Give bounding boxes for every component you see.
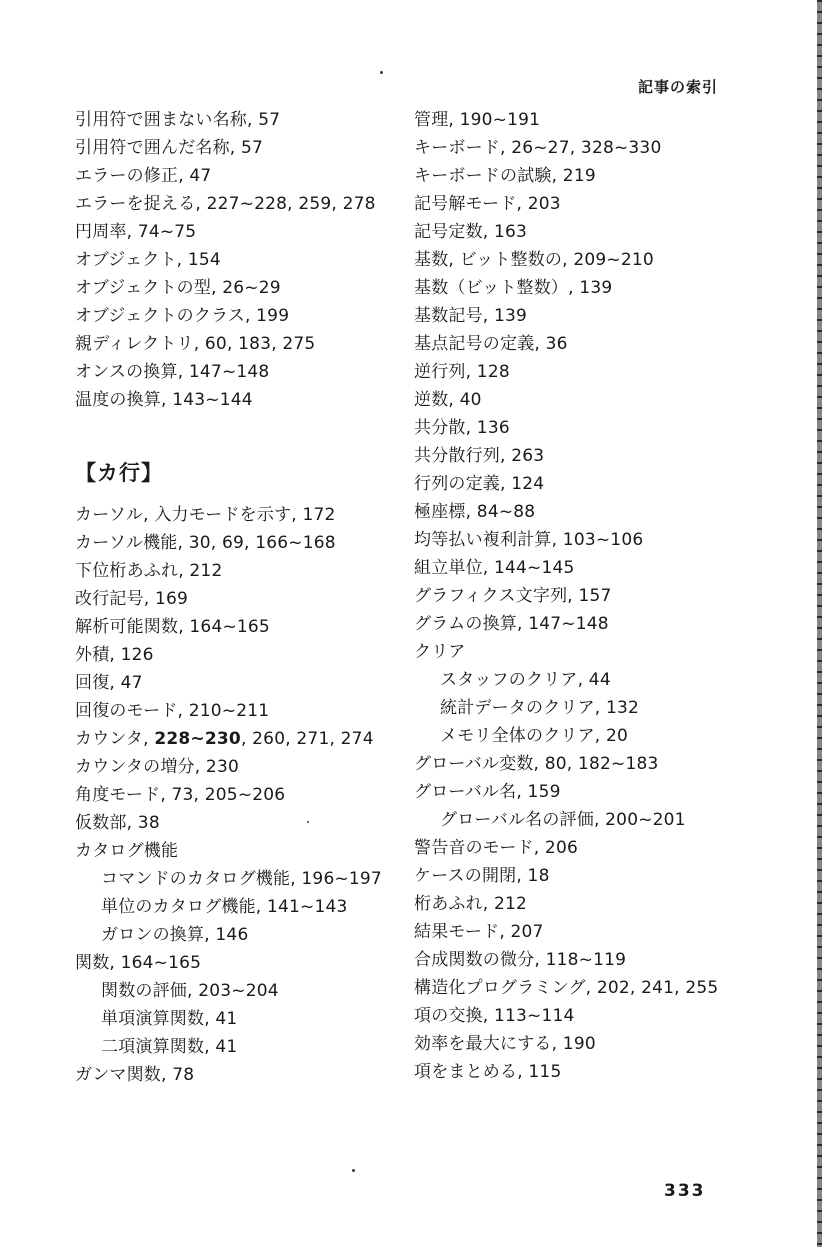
index-entry: 管理, 190~191: [414, 106, 814, 134]
index-entry: 関数, 164~165: [75, 949, 407, 977]
index-entry: 解析可能関数, 164~165: [75, 613, 407, 641]
index-entry: 共分散行列, 263: [414, 442, 814, 470]
index-entry: 角度モード, 73, 205~206: [75, 781, 407, 809]
index-entry: 引用符で囲んだ名称, 57: [75, 134, 407, 162]
index-column-right: 管理, 190~191キーボード, 26~27, 328~330キーボードの試験…: [414, 106, 814, 1086]
index-entry: 行列の定義, 124: [414, 470, 814, 498]
index-entry: キーボード, 26~27, 328~330: [414, 134, 814, 162]
index-entry: 回復, 47: [75, 669, 407, 697]
index-entry: 記号解モード, 203: [414, 190, 814, 218]
index-subentry: コマンドのカタログ機能, 196~197: [75, 865, 407, 893]
book-index-page: 記事の索引 引用符で囲まない名称, 57引用符で囲んだ名称, 57エラーの修正,…: [0, 0, 822, 1247]
index-entry: エラーを捉える, 227~228, 259, 278: [75, 190, 407, 218]
index-entry: オンスの換算, 147~148: [75, 358, 407, 386]
index-column-left: 引用符で囲まない名称, 57引用符で囲んだ名称, 57エラーの修正, 47エラー…: [75, 106, 407, 1089]
index-entry: グラムの換算, 147~148: [414, 610, 814, 638]
running-head: 記事の索引: [638, 76, 718, 97]
page-number: 333: [664, 1181, 706, 1201]
index-entry: 親ディレクトリ, 60, 183, 275: [75, 330, 407, 358]
index-subentry: メモリ全体のクリア, 20: [414, 722, 814, 750]
index-entry-text: カウンタ,: [75, 729, 154, 749]
scanner-edge-artifact: [817, 0, 822, 1247]
index-entry: 逆行列, 128: [414, 358, 814, 386]
index-entry: エラーの修正, 47: [75, 162, 407, 190]
index-entry: グラフィクス文字列, 157: [414, 582, 814, 610]
index-entry: 円周率, 74~75: [75, 218, 407, 246]
index-entry: 均等払い複利計算, 103~106: [414, 526, 814, 554]
index-subentry: 統計データのクリア, 132: [414, 694, 814, 722]
index-entry: 引用符で囲まない名称, 57: [75, 106, 407, 134]
index-subentry: 関数の評価, 203~204: [75, 977, 407, 1005]
index-subentry: 単項演算関数, 41: [75, 1005, 407, 1033]
index-entry: 警告音のモード, 206: [414, 834, 814, 862]
index-subentry: 単位のカタログ機能, 141~143: [75, 893, 407, 921]
index-entry-text: , 260, 271, 274: [241, 729, 374, 749]
index-entry: 温度の換算, 143~144: [75, 386, 407, 414]
index-entry: 改行記号, 169: [75, 585, 407, 613]
index-entry: 仮数部, 38: [75, 809, 407, 837]
index-entry: 記号定数, 163: [414, 218, 814, 246]
index-entry: 合成関数の微分, 118~119: [414, 946, 814, 974]
section-heading: 【カ行】: [75, 458, 407, 488]
index-entry-bold-pages: 228~230: [154, 729, 241, 749]
index-entry: 基数記号, 139: [414, 302, 814, 330]
index-entry: 極座標, 84~88: [414, 498, 814, 526]
index-entry: カタログ機能: [75, 837, 407, 865]
index-entry: 下位桁あふれ, 212: [75, 557, 407, 585]
index-entry: 共分散, 136: [414, 414, 814, 442]
index-entry: 基点記号の定義, 36: [414, 330, 814, 358]
index-entry: カウンタの増分, 230: [75, 753, 407, 781]
index-entry: キーボードの試験, 219: [414, 162, 814, 190]
scan-speck: [380, 71, 383, 74]
index-entry: 項の交換, 113~114: [414, 1002, 814, 1030]
index-entry: ケースの開閉, 18: [414, 862, 814, 890]
index-entry: 桁あふれ, 212: [414, 890, 814, 918]
index-entry: 構造化プログラミング, 202, 241, 255: [414, 974, 814, 1002]
index-entry: 基数, ビット整数の, 209~210: [414, 246, 814, 274]
index-entry: 組立単位, 144~145: [414, 554, 814, 582]
index-entry: クリア: [414, 638, 814, 666]
index-entry: グローバル変数, 80, 182~183: [414, 750, 814, 778]
index-entry: グローバル名, 159: [414, 778, 814, 806]
index-entry: オブジェクトの型, 26~29: [75, 274, 407, 302]
index-subentry: ガロンの換算, 146: [75, 921, 407, 949]
index-entry: オブジェクト, 154: [75, 246, 407, 274]
scan-speck: [352, 1169, 355, 1172]
index-subentry: 二項演算関数, 41: [75, 1033, 407, 1061]
index-entry: 基数（ビット整数）, 139: [414, 274, 814, 302]
index-entry: 回復のモード, 210~211: [75, 697, 407, 725]
index-entry: 効率を最大にする, 190: [414, 1030, 814, 1058]
index-entry: ガンマ関数, 78: [75, 1061, 407, 1089]
index-entry: オブジェクトのクラス, 199: [75, 302, 407, 330]
index-entry: 外積, 126: [75, 641, 407, 669]
index-entry: カーソル機能, 30, 69, 166~168: [75, 529, 407, 557]
index-subentry: スタッフのクリア, 44: [414, 666, 814, 694]
index-entry: 結果モード, 207: [414, 918, 814, 946]
index-entry: カウンタ, 228~230, 260, 271, 274: [75, 725, 407, 753]
index-entry: カーソル, 入力モードを示す, 172: [75, 501, 407, 529]
index-entry: 項をまとめる, 115: [414, 1058, 814, 1086]
index-entry: 逆数, 40: [414, 386, 814, 414]
index-subentry: グローバル名の評価, 200~201: [414, 806, 814, 834]
scan-speck: [307, 821, 309, 823]
